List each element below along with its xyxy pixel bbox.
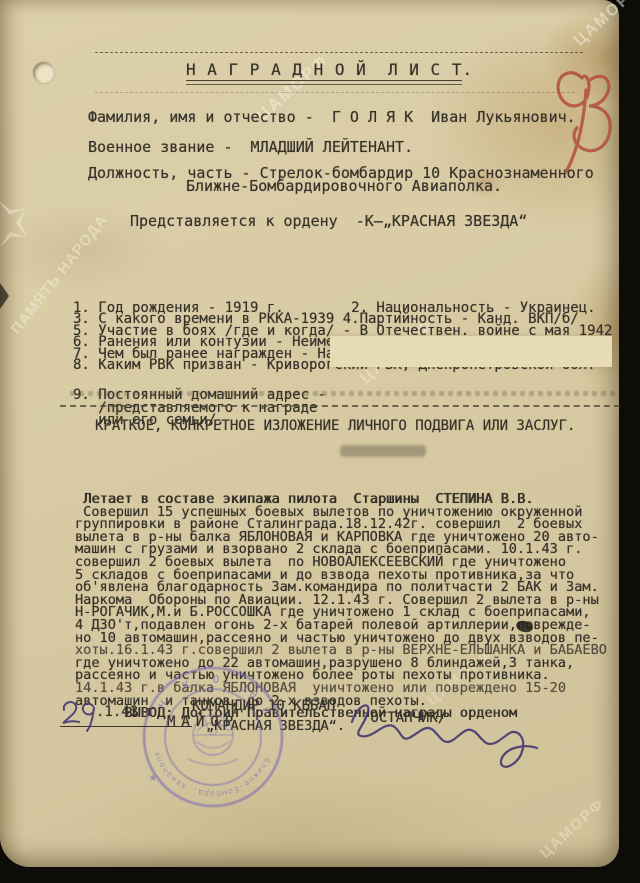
faint-divider: [95, 92, 575, 93]
ghost-text-row: [70, 391, 618, 396]
title-underline: [186, 80, 462, 81]
document-title: Н А Г Р А Д Н О Й Л И С Т.: [186, 60, 473, 79]
field-military-rank: Военное звание - МЛАДШИЙ ЛЕЙТЕНАНТ.: [88, 138, 413, 156]
dashed-divider-section: [60, 405, 620, 407]
body-line: хоты.16.1.43 г.совершил 2 вылета в р-ны …: [75, 644, 607, 657]
stamp-star-icon: ★: [149, 770, 157, 785]
handwritten-day-29: [56, 698, 100, 734]
red-registry-number: [540, 58, 618, 188]
commander-rank: МАЙОР: [167, 714, 239, 730]
edge-tear: [0, 283, 9, 309]
section-title: КРАТКОЕ, КОНКРЕТНОЕ ИЗЛОЖЕНИЕ ЛИЧНОГО ПО…: [95, 418, 575, 434]
photo-background: ЦАМОРФ ЦАМОРФ ЦАМОРФ ЦАМОРФ ЦАМОРФ ПАМЯТ…: [0, 0, 640, 883]
punch-hole: [33, 62, 54, 83]
archive-watermark: ЦАМОРФ: [537, 795, 608, 862]
dashed-divider-top: [95, 52, 583, 53]
handwritten-signature: [338, 690, 548, 780]
unit-round-stamp: Н. К. О. 10-й ближне-бомбард. авиаполк ★: [133, 657, 293, 817]
date-typed: .1.43 г.: [96, 704, 163, 720]
archive-watermark: ЦАМОРФ: [571, 0, 640, 50]
redacted-address-area: [330, 336, 612, 367]
field-position-line2: Ближне-Бомбардировочного Авиаполка.: [186, 177, 502, 195]
field-name: Фамилия, имя и отчество - Г О Л Я К Иван…: [88, 108, 576, 126]
star-watermark-icon: ✩: [0, 181, 43, 262]
typewriter-overstrike-smudge: [340, 445, 426, 457]
home-address-item: 9. Постоянный домашний адрес - /представ…: [73, 341, 326, 427]
field-award-nomination: Представляется к ордену -К̶„КРАСНАЯ ЗВЕЗ…: [130, 212, 527, 230]
title-underline: [186, 84, 462, 85]
commander-title-line: КОМАНДИР 10 КББАП: [192, 698, 335, 714]
document-page: ЦАМОРФ ЦАМОРФ ЦАМОРФ ЦАМОРФ ЦАМОРФ ПАМЯТ…: [0, 0, 619, 867]
